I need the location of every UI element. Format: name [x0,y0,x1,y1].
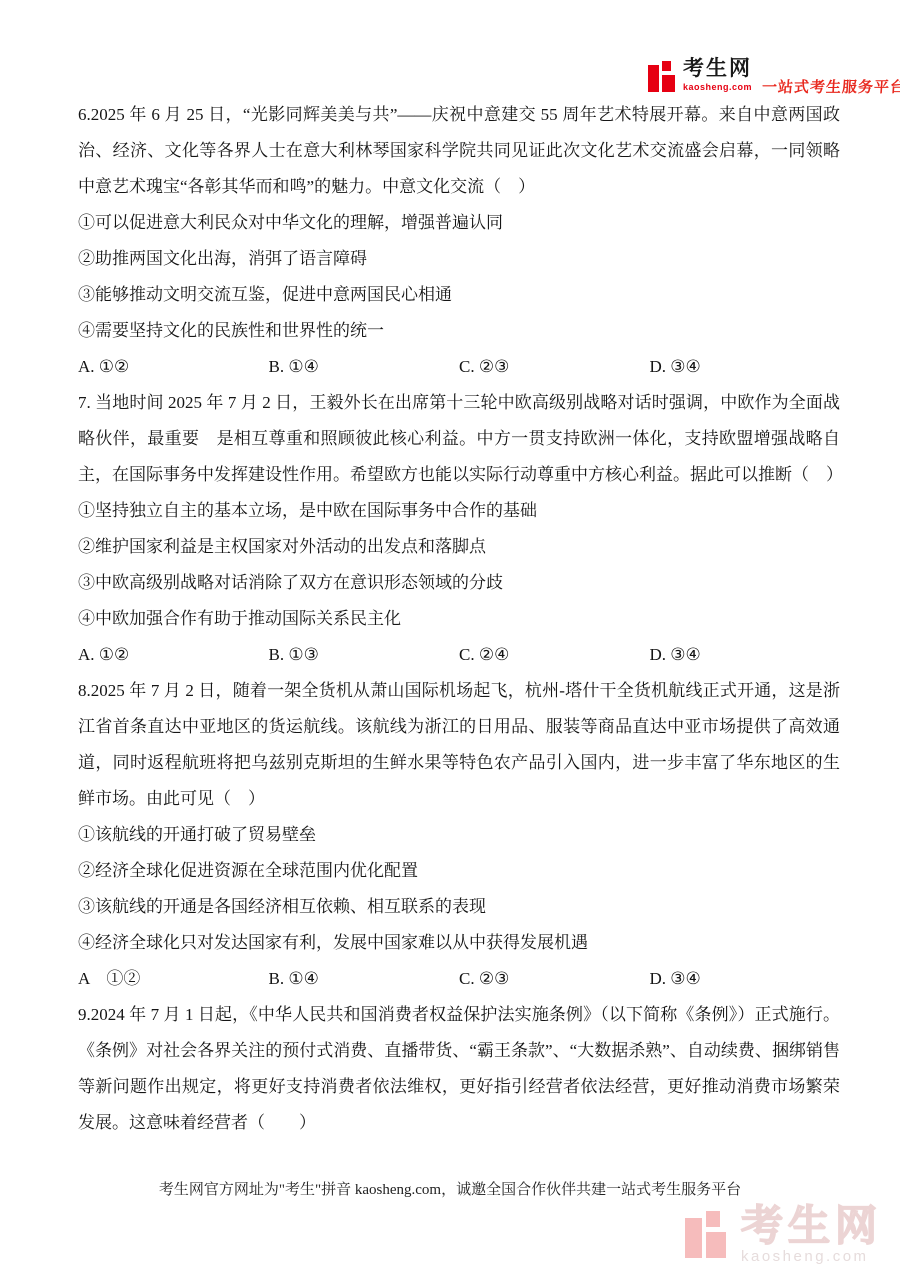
watermark-text: 考生网 kaosheng.com [741,1206,882,1265]
exam-page: 考生网 kaosheng.com 一站式考生服务平台 6.2025 年 6 月 … [0,0,900,1273]
option-statement: ①可以促进意大利民众对中华文化的理解，增强普遍认同 [78,205,840,241]
option-statement: ④中欧加强合作有助于推动国际关系民主化 [78,601,840,637]
question-number: 6. [78,105,91,124]
footer-note: 考生网官方网址为"考生"拼音 kaosheng.com，诚邀全国合作伙伴共建一站… [0,1178,900,1199]
kaosheng-watermark-icon [685,1211,729,1261]
choice: B. ①④ [269,349,460,385]
option-statement: ②经济全球化促进资源在全球范围内优化配置 [78,853,840,889]
question-number: 8. [78,681,91,700]
option-statement: ④需要坚持文化的民族性和世界性的统一 [78,313,840,349]
question-text: 2024 年 7 月 1 日起，《中华人民共和国消费者权益保护法实施条例》（以下… [78,1005,840,1132]
question-text: 2025 年 7 月 2 日，随着一架全货机从萧山国际机场起飞，杭州-塔什干全货… [78,681,840,808]
question-stem: 9.2024 年 7 月 1 日起，《中华人民共和国消费者权益保护法实施条例》（… [78,997,840,1141]
question-stem: 8.2025 年 7 月 2 日，随着一架全货机从萧山国际机场起飞，杭州-塔什干… [78,673,840,817]
choice: D. ③④ [650,961,841,997]
question-stem: 6.2025 年 6 月 25 日，“光影同辉美美与共”——庆祝中意建交 55 … [78,97,840,205]
kaosheng-logo: 考生网 kaosheng.com 一站式考生服务平台 [648,57,900,97]
option-statement: ②维护国家利益是主权国家对外活动的出发点和落脚点 [78,529,840,565]
question-number: 7. [78,393,91,412]
logo-tagline: 一站式考生服务平台 [761,76,900,97]
choice: C. ②④ [459,637,650,673]
questions-area: 6.2025 年 6 月 25 日，“光影同辉美美与共”——庆祝中意建交 55 … [78,97,840,1141]
question-block: 7. 当地时间 2025 年 7 月 2 日，王毅外长在出席第十三轮中欧高级别战… [78,385,840,673]
question-block: 9.2024 年 7 月 1 日起，《中华人民共和国消费者权益保护法实施条例》（… [78,997,840,1141]
choice: B. ①④ [269,961,460,997]
logo-brand-name: 考生网 [683,57,752,80]
question-text: 当地时间 2025 年 7 月 2 日，王毅外长在出席第十三轮中欧高级别战略对话… [78,393,843,484]
choice: D. ③④ [650,637,841,673]
question-stem: 7. 当地时间 2025 年 7 月 2 日，王毅外长在出席第十三轮中欧高级别战… [78,385,840,493]
choices-row: A. ①②B. ①③C. ②④D. ③④ [78,637,840,673]
choice: A. ①② [78,637,269,673]
question-text: 2025 年 6 月 25 日，“光影同辉美美与共”——庆祝中意建交 55 周年… [78,105,840,196]
option-statement: ①坚持独立自主的基本立场，是中欧在国际事务中合作的基础 [78,493,840,529]
choice: B. ①③ [269,637,460,673]
logo-brand-domain: kaosheng.com [683,82,752,92]
kaosheng-logo-icon [648,61,677,94]
option-statement: ④经济全球化只对发达国家有利，发展中国家难以从中获得发展机遇 [78,925,840,961]
option-statement: ③该航线的开通是各国经济相互依赖、相互联系的表现 [78,889,840,925]
question-block: 6.2025 年 6 月 25 日，“光影同辉美美与共”——庆祝中意建交 55 … [78,97,840,385]
choice: D. ③④ [650,349,841,385]
choice: A ①② [78,961,269,997]
option-statement: ③能够推动文明交流互鉴，促进中意两国民心相通 [78,277,840,313]
question-number: 9. [78,1005,91,1024]
option-statement: ②助推两国文化出海，消弭了语言障碍 [78,241,840,277]
option-statement: ①该航线的开通打破了贸易壁垒 [78,817,840,853]
choice: A. ①② [78,349,269,385]
question-block: 8.2025 年 7 月 2 日，随着一架全货机从萧山国际机场起飞，杭州-塔什干… [78,673,840,997]
watermark-brand-domain: kaosheng.com [741,1248,882,1265]
kaosheng-watermark: 考生网 kaosheng.com [685,1206,882,1265]
choice: C. ②③ [459,349,650,385]
logo-text: 考生网 kaosheng.com [683,57,752,92]
watermark-brand-name: 考生网 [741,1206,882,1246]
choices-row: A ①②B. ①④C. ②③D. ③④ [78,961,840,997]
choice: C. ②③ [459,961,650,997]
choices-row: A. ①②B. ①④C. ②③D. ③④ [78,349,840,385]
option-statement: ③中欧高级别战略对话消除了双方在意识形态领域的分歧 [78,565,840,601]
